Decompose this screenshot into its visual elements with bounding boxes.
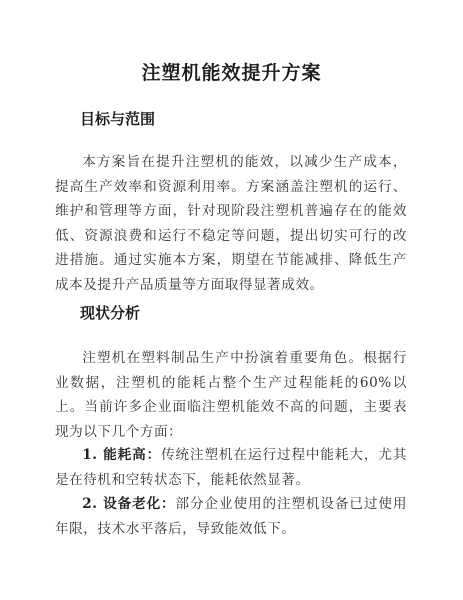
document-title: 注塑机能效提升方案	[0, 58, 463, 85]
list-item-label: 设备老化：	[103, 496, 175, 512]
paragraph-goals-scope: 本方案旨在提升注塑机的能效，以减少生产成本，提高生产效率和资源利用率。方案涵盖注…	[55, 150, 407, 297]
list-item-equipment-aging: 2. 设备老化：部分企业使用的注塑机设备已过使用年限，技术水平落后，导致能效低下…	[55, 492, 407, 541]
list-item-high-energy-consumption: 1. 能耗高：传统注塑机在运行过程中能耗大，尤其是在待机和空转状态下，能耗依然显…	[55, 443, 407, 492]
list-item-label: 能耗高：	[103, 447, 161, 463]
section-heading-goals-scope: 目标与范围	[80, 108, 155, 129]
section-heading-current-analysis: 现状分析	[80, 302, 140, 323]
document-page: 注塑机能效提升方案 目标与范围 本方案旨在提升注塑机的能效，以减少生产成本，提高…	[0, 0, 463, 600]
paragraph-current-analysis: 注塑机在塑料制品生产中扮演着重要角色。根据行业数据，注塑机的能耗占整个生产过程能…	[55, 346, 407, 444]
list-item-number: 2.	[82, 496, 103, 512]
list-item-number: 1.	[82, 447, 103, 463]
